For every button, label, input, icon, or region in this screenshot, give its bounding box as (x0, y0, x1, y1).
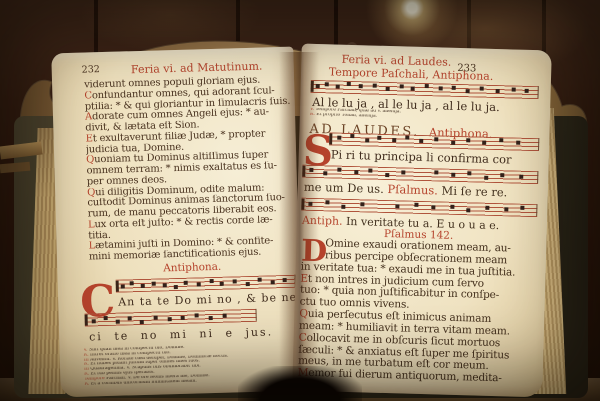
chant-note (152, 282, 156, 286)
chant-note (450, 205, 454, 209)
chant-note (167, 317, 171, 321)
chant-note (438, 86, 442, 90)
center-shadow-wedge (238, 366, 362, 401)
left-page-number: 232 (82, 64, 100, 76)
chant-note (173, 285, 177, 289)
chant-lyric: Pi ri tu principa li confirma cor (331, 147, 512, 166)
chant-note (425, 84, 429, 88)
left-page-title: Feria vi. ad Matutinum. (104, 59, 290, 77)
chant-note (338, 168, 342, 172)
chant-note (325, 200, 329, 204)
chant-note (484, 176, 488, 180)
chant-lyric-mixed: me um De us. Pſalmus. Mi ſe re re. (304, 180, 508, 200)
chant-note (195, 313, 199, 317)
music-staff (116, 275, 296, 293)
text-segment: Mi ſe re re. (441, 184, 507, 200)
chant-note (400, 84, 404, 88)
chant-note (386, 87, 390, 91)
chant-note (519, 175, 523, 179)
chant-note (499, 138, 503, 142)
chant-note (511, 87, 515, 91)
chant-note (392, 138, 396, 142)
chant-note (451, 173, 455, 177)
chant-note (208, 316, 212, 320)
chant-note (467, 171, 471, 175)
right-page-content: Feria vi. ad Laudes. Tempore Paſchali, A… (292, 44, 552, 398)
chant-note (130, 281, 134, 285)
chant-note (354, 170, 358, 174)
chant-note (222, 314, 226, 318)
chant-note (121, 284, 125, 288)
chant-note (451, 141, 455, 145)
chant-note (141, 284, 145, 288)
chant-note (209, 279, 213, 283)
chant-note (359, 84, 363, 88)
chant-note (153, 316, 157, 320)
chant-lyric: ci te no mi ni e jus. (89, 325, 273, 343)
chant-note (500, 173, 504, 177)
chant-note (92, 319, 96, 323)
chant-note (336, 85, 340, 89)
chant-note (504, 207, 508, 211)
chant-note (270, 280, 274, 284)
chant-note (431, 205, 435, 209)
book-gutter-shadow (279, 52, 319, 394)
chant-note (181, 316, 185, 320)
chant-note (452, 86, 456, 90)
chant-note (419, 139, 423, 143)
chant-note (479, 87, 483, 91)
chant-note (220, 282, 224, 286)
chant-note (482, 141, 486, 145)
chant-note (128, 316, 132, 320)
left-psalm-text: viderunt omnes populi gloriam ejus.Confu… (84, 75, 295, 263)
chant-note (411, 87, 415, 91)
chant-note (521, 206, 525, 210)
chant-note (415, 203, 419, 207)
chant-note (396, 204, 400, 208)
chant-note (184, 281, 188, 285)
chant-note (434, 137, 438, 141)
left-page-content: 232 Feria vi. ad Matutinum. viderunt omn… (51, 47, 303, 398)
chant-note (372, 84, 376, 88)
chant-note (341, 205, 345, 209)
chant-note (405, 135, 409, 139)
chant-note (233, 279, 237, 283)
right-psalm-lines: Omine exaudi orationem meam, au-ribus pe… (298, 238, 545, 387)
chant-note (466, 208, 470, 212)
chant-note (323, 171, 327, 175)
text-segment: Pſalmus. (387, 182, 441, 198)
chant-note (525, 89, 529, 93)
chant-note (434, 170, 438, 174)
chant-note (516, 141, 520, 145)
right-page: Feria vi. ad Laudes. Tempore Paſchali, A… (292, 44, 552, 398)
chant-note (385, 173, 389, 177)
chant-note (258, 278, 262, 282)
chant-note (466, 138, 470, 142)
right-page-number: 233 (457, 63, 476, 75)
chant-note (338, 136, 342, 140)
chant-note (378, 136, 382, 140)
chant-note (245, 282, 249, 286)
chant-note (140, 320, 144, 324)
chant-note (116, 320, 120, 324)
right-psalm-text: D Omine exaudi orationem meam, au-ribus … (298, 238, 545, 387)
chant-note (197, 282, 201, 286)
chant-note (495, 89, 499, 93)
chant-note (350, 134, 354, 138)
chant-note (365, 138, 369, 142)
chant-note (324, 82, 328, 86)
chant-note (485, 206, 489, 210)
chant-note (401, 170, 405, 174)
chant-note (368, 168, 372, 172)
chant-note (466, 89, 470, 93)
photo-open-antiphonal-book: 232 Feria vi. ad Matutinum. viderunt omn… (0, 0, 600, 401)
chant-note (104, 316, 108, 320)
left-page: 232 Feria vi. ad Matutinum. viderunt omn… (51, 47, 303, 398)
chant-note (347, 82, 351, 86)
chant-note (360, 202, 364, 206)
chant-note (163, 283, 167, 287)
